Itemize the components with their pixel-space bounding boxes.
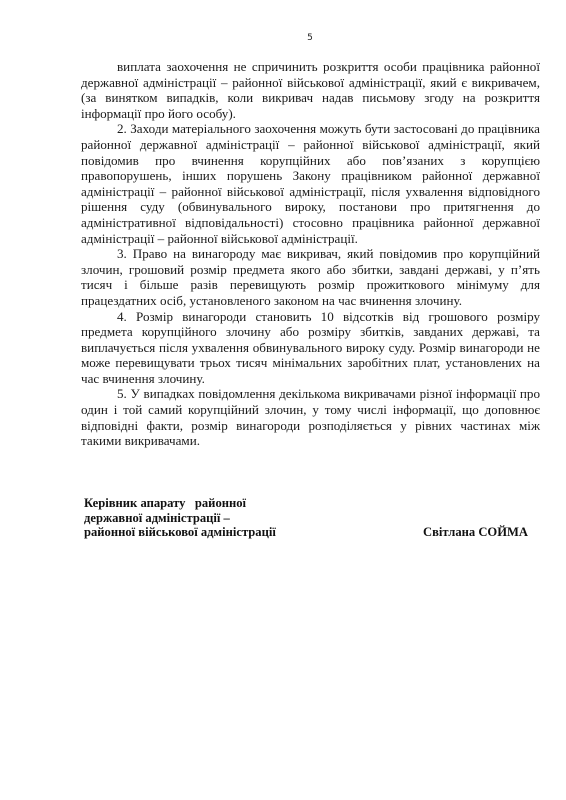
signatory-title-line-2: державної адміністрації – [84, 511, 540, 526]
document-body: виплата заохочення не спричинить розкрит… [81, 59, 540, 449]
paragraph-5: 5. У випадках повідомлення декількома ви… [81, 386, 540, 448]
paragraph-3: 3. Право на винагороду має викривач, яки… [81, 246, 540, 308]
page-number: 5 [300, 33, 320, 43]
paragraph-2: 2. Заходи матеріального заохочення можут… [81, 121, 540, 246]
signatory-name: Світлана СОЙМА [423, 525, 528, 540]
paragraph-continuation: виплата заохочення не спричинить розкрит… [81, 59, 540, 121]
paragraph-4: 4. Розмір винагороди становить 10 відсот… [81, 309, 540, 387]
signatory-title-line-1: Керівник апарату районної [84, 496, 540, 511]
document-page: 5 виплата заохочення не спричинить розкр… [0, 0, 566, 800]
signature-block: Керівник апарату районної державної адмі… [84, 496, 540, 540]
